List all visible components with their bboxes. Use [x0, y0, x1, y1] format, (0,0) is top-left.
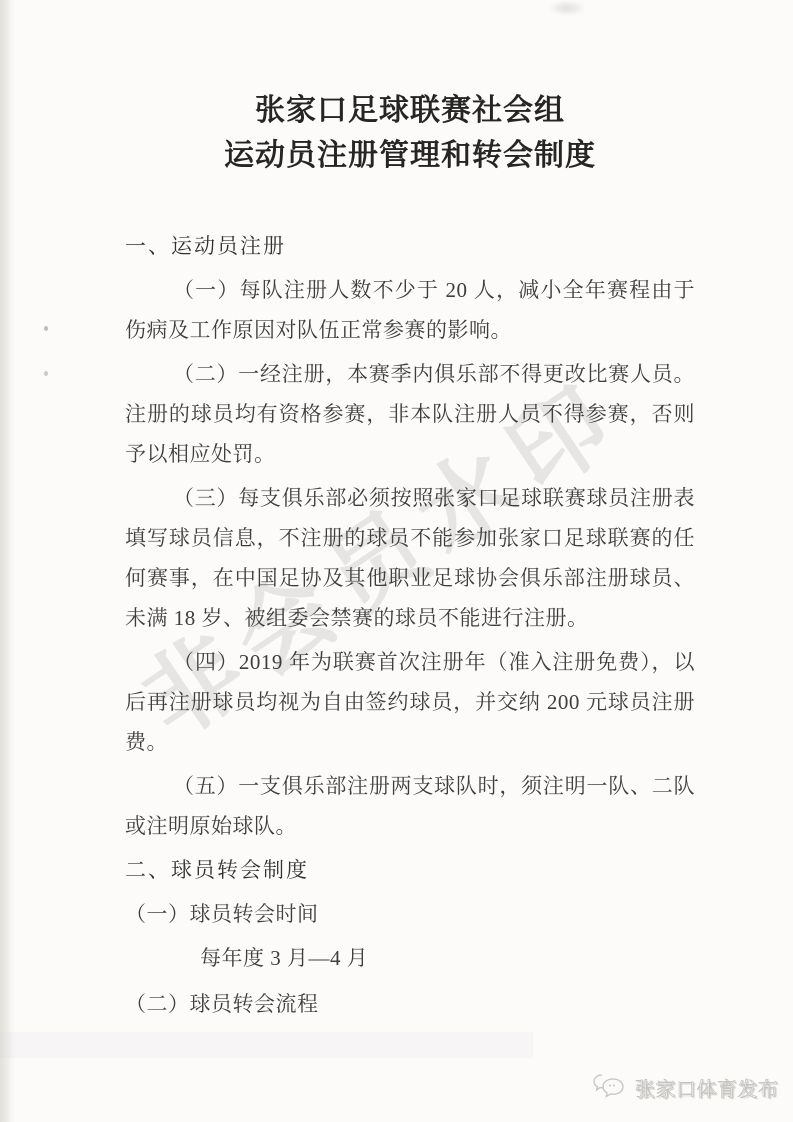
subitem-2-1: （一）球员转会时间: [125, 894, 695, 934]
chat-bubbles-icon: [592, 1072, 628, 1102]
subitem-2-1-detail: 每年度 3 月—4 月: [125, 938, 695, 978]
page-left-edge: [0, 0, 16, 1122]
title-line-1: 张家口足球联赛社会组: [125, 88, 695, 133]
scanned-page: 非会员水印 张家口足球联赛社会组 运动员注册管理和转会制度 一、运动员注册 （一…: [0, 0, 793, 1122]
scan-smudge: [548, 0, 586, 16]
publisher-mark: 张家口体育发布: [592, 1072, 779, 1102]
document-body: 一、运动员注册 （一）每队注册人数不少于 20 人，减小全年赛程由于伤病及工作原…: [125, 226, 695, 1028]
section-2-heading: 二、球员转会制度: [125, 850, 695, 890]
scan-artifact-band: [0, 1032, 533, 1058]
paragraph-1-4: （四）2019 年为联赛首次注册年（准入注册免费），以后再注册球员均视为自由签约…: [125, 642, 695, 762]
subitem-2-2: （二）球员转会流程: [125, 984, 695, 1024]
scan-speck: [44, 371, 48, 376]
publisher-name: 张家口体育发布: [635, 1073, 779, 1102]
title-line-2: 运动员注册管理和转会制度: [125, 133, 695, 178]
paragraph-1-5: （五）一支俱乐部注册两支球队时，须注明一队、二队或注明原始球队。: [125, 766, 695, 846]
paragraph-1-2: （二）一经注册，本赛季内俱乐部不得更改比赛人员。注册的球员均有资格参赛，非本队注…: [125, 354, 695, 474]
document-title: 张家口足球联赛社会组 运动员注册管理和转会制度: [125, 88, 695, 178]
section-1-heading: 一、运动员注册: [125, 226, 695, 266]
paragraph-1-3: （三）每支俱乐部必须按照张家口足球联赛球员注册表填写球员信息，不注册的球员不能参…: [125, 478, 695, 638]
scan-speck: [44, 326, 48, 331]
paragraph-1-1: （一）每队注册人数不少于 20 人，减小全年赛程由于伤病及工作原因对队伍正常参赛…: [125, 270, 695, 350]
